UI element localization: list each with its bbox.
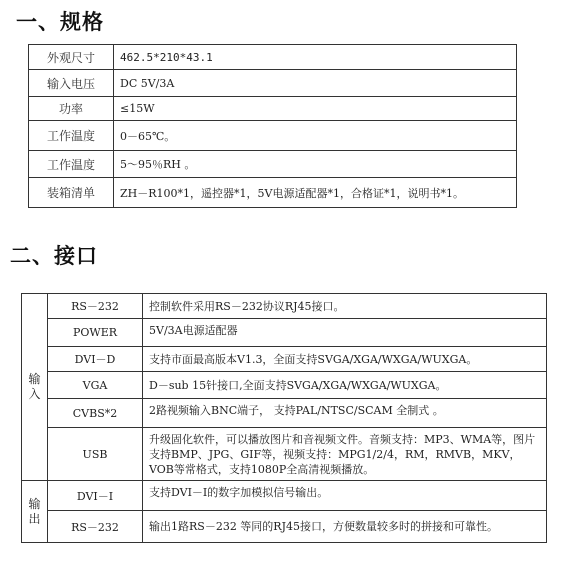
interface-row: POWER 5V/3A电源适配器 xyxy=(22,319,547,347)
port-name: DVI－D xyxy=(48,347,143,372)
group-label-output: 输出 xyxy=(22,481,48,543)
interface-row: 输出 DVI－I 支持DVI－I的数字加模拟信号输出。 xyxy=(22,481,547,511)
spec-key: 输入电压 xyxy=(29,70,114,97)
interface-row: 输入 RS－232 控制软件采用RS－232协议RJ45接口。 xyxy=(22,294,547,319)
spec-row: 功率 ≤15W xyxy=(29,97,517,121)
port-name: VGA xyxy=(48,372,143,399)
spec-row: 装箱清单 ZH－R100*1，遥控器*1，5V电源适配器*1，合格证*1，说明书… xyxy=(29,178,517,208)
section-heading-spec: 一、规格 xyxy=(16,6,104,36)
port-name: RS－232 xyxy=(48,511,143,543)
port-name: POWER xyxy=(48,319,143,347)
port-desc: 控制软件采用RS－232协议RJ45接口。 xyxy=(143,294,547,319)
port-name: USB xyxy=(48,428,143,481)
port-name: DVI－I xyxy=(48,481,143,511)
interface-row: RS－232 输出1路RS－232 等同的RJ45接口，方便数量较多时的拼接和可… xyxy=(22,511,547,543)
port-desc: 升级固化软件，可以播放图片和音视频文件。音频支持：MP3、WMA等，图片支持BM… xyxy=(143,428,547,481)
spec-value: 462.5*210*43.1 xyxy=(114,45,517,70)
port-name: RS－232 xyxy=(48,294,143,319)
spec-value: DC 5V/3A xyxy=(114,70,517,97)
section-heading-interface: 二、接口 xyxy=(10,240,98,270)
spec-value: 0－65℃。 xyxy=(114,121,517,151)
spec-row: 工作温度 5～95％RH 。 xyxy=(29,151,517,178)
port-desc: D－sub 15针接口,全面支持SVGA/XGA/WXGA/WUXGA。 xyxy=(143,372,547,399)
interface-row: VGA D－sub 15针接口,全面支持SVGA/XGA/WXGA/WUXGA。 xyxy=(22,372,547,399)
interface-table: 输入 RS－232 控制软件采用RS－232协议RJ45接口。 POWER 5V… xyxy=(21,293,547,543)
port-name: CVBS*2 xyxy=(48,399,143,428)
port-desc: 2路视频输入BNC端子， 支持PAL/NTSC/SCAM 全制式 。 xyxy=(143,399,547,428)
spec-row: 输入电压 DC 5V/3A xyxy=(29,70,517,97)
spec-key: 装箱清单 xyxy=(29,178,114,208)
spec-value: 5～95％RH 。 xyxy=(114,151,517,178)
spec-row: 工作温度 0－65℃。 xyxy=(29,121,517,151)
port-desc: 5V/3A电源适配器 xyxy=(143,319,547,347)
port-desc: 输出1路RS－232 等同的RJ45接口，方便数量较多时的拼接和可靠性。 xyxy=(143,511,547,543)
spec-key: 外观尺寸 xyxy=(29,45,114,70)
spec-key: 功率 xyxy=(29,97,114,121)
group-label-input: 输入 xyxy=(22,294,48,481)
spec-row: 外观尺寸 462.5*210*43.1 xyxy=(29,45,517,70)
interface-row: USB 升级固化软件，可以播放图片和音视频文件。音频支持：MP3、WMA等，图片… xyxy=(22,428,547,481)
spec-value: ≤15W xyxy=(114,97,517,121)
spec-table: 外观尺寸 462.5*210*43.1 输入电压 DC 5V/3A 功率 ≤15… xyxy=(28,44,517,208)
port-desc: 支持市面最高版本V1.3，全面支持SVGA/XGA/WXGA/WUXGA。 xyxy=(143,347,547,372)
spec-value: ZH－R100*1，遥控器*1，5V电源适配器*1，合格证*1，说明书*1。 xyxy=(114,178,517,208)
spec-key: 工作温度 xyxy=(29,151,114,178)
interface-row: DVI－D 支持市面最高版本V1.3，全面支持SVGA/XGA/WXGA/WUX… xyxy=(22,347,547,372)
port-desc: 支持DVI－I的数字加模拟信号输出。 xyxy=(143,481,547,511)
spec-key: 工作温度 xyxy=(29,121,114,151)
interface-row: CVBS*2 2路视频输入BNC端子， 支持PAL/NTSC/SCAM 全制式 … xyxy=(22,399,547,428)
